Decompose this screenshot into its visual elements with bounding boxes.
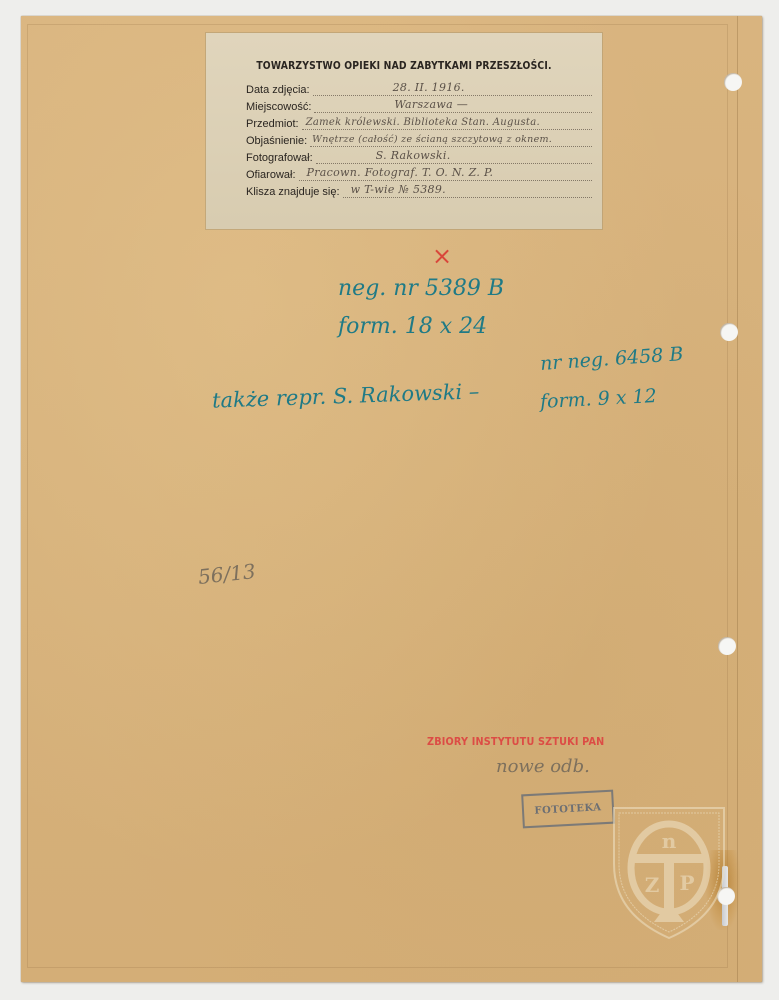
fold-line xyxy=(737,16,738,982)
format-note: form. 18 x 24 xyxy=(338,314,487,339)
punch-hole xyxy=(718,637,736,655)
field-donor: Ofiarował: Pracown. Fotograf. T. O. N. Z… xyxy=(246,164,592,181)
negative-number-note: neg. nr 5389 B xyxy=(338,276,504,301)
card-title: TOWARZYSTWO OPIEKI NAD ZABYTKAMI PRZESZŁ… xyxy=(230,60,578,72)
svg-text:Z: Z xyxy=(645,873,660,897)
red-x-mark: × xyxy=(432,242,452,270)
field-label: Ofiarował: xyxy=(246,169,299,181)
field-value: S. Rakowski. xyxy=(376,149,451,162)
record-label-card: TOWARZYSTWO OPIEKI NAD ZABYTKAMI PRZESZŁ… xyxy=(206,33,602,229)
field-label: Data zdjęcia: xyxy=(246,84,313,96)
field-date: Data zdjęcia: 28. II. 1916. xyxy=(246,79,592,96)
field-photographer: Fotografował: S. Rakowski. xyxy=(246,147,592,164)
fototeka-stamp-text: FOTOTEKA xyxy=(534,802,602,816)
field-place: Miejscowość: Warszawa — xyxy=(246,96,592,113)
collection-stamp: ZBIORY INSTYTUTU SZTUKI PAN xyxy=(427,736,604,748)
punch-hole xyxy=(720,323,738,341)
svg-text:P: P xyxy=(679,871,694,895)
punch-hole xyxy=(724,73,742,91)
field-value: 28. II. 1916. xyxy=(393,81,465,94)
field-value: Warszawa — xyxy=(394,98,468,111)
field-description: Objaśnienie: Wnętrze (całość) ze ścianą … xyxy=(246,130,592,147)
field-label: Przedmiot: xyxy=(246,118,302,130)
svg-text:n: n xyxy=(662,829,677,853)
tonzp-watermark-icon: n Z P xyxy=(610,804,728,942)
field-value: w T-wie № 5389. xyxy=(351,183,446,196)
pencil-note: nowe odb. xyxy=(496,756,590,777)
field-label: Fotografował: xyxy=(246,152,316,164)
field-value: Pracown. Fotograf. T. O. N. Z. P. xyxy=(307,166,494,179)
field-value: Wnętrze (całość) ze ścianą szczytową z o… xyxy=(312,134,552,145)
fototeka-stamp: FOTOTEKA xyxy=(521,790,615,829)
field-negative-location: Klisza znajduje się: w T-wie № 5389. xyxy=(246,181,592,198)
field-label: Klisza znajduje się: xyxy=(246,186,343,198)
field-label: Objaśnienie: xyxy=(246,135,310,147)
field-value: Zamek królewski. Biblioteka Stan. August… xyxy=(306,117,540,128)
field-subject: Przedmiot: Zamek królewski. Biblioteka S… xyxy=(246,113,592,130)
field-label: Miejscowość: xyxy=(246,101,314,113)
